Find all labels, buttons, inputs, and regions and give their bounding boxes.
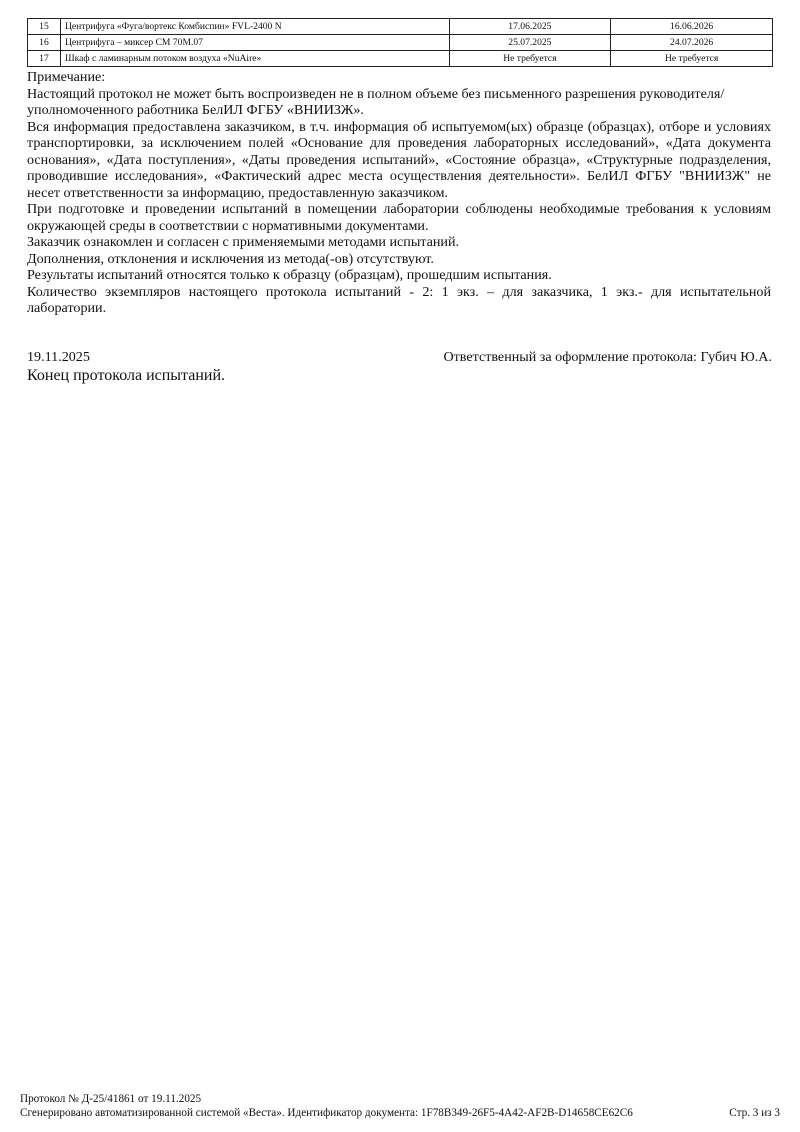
- note-paragraph: При подготовке и проведении испытаний в …: [27, 201, 771, 234]
- document-page: 15 Центрифуга «Фуга/вортекс Комбиспин» F…: [0, 0, 800, 1132]
- check-date: Не требуется: [449, 51, 611, 67]
- valid-until-date: Не требуется: [611, 51, 773, 67]
- table-row: 15 Центрифуга «Фуга/вортекс Комбиспин» F…: [28, 19, 773, 35]
- footer-protocol-number: Протокол № Д-25/41861 от 19.11.2025: [20, 1093, 201, 1105]
- table-row: 17 Шкаф с ламинарным потоком воздуха «Nu…: [28, 51, 773, 67]
- row-number: 16: [28, 35, 61, 51]
- note-paragraph: Результаты испытаний относятся только к …: [27, 267, 771, 284]
- table-row: 16 Центрифуга – миксер СМ 70М.07 25.07.2…: [28, 35, 773, 51]
- note-paragraph: Заказчик ознакомлен и согласен с применя…: [27, 234, 771, 251]
- check-date: 17.06.2025: [449, 19, 611, 35]
- notes-heading: Примечание:: [27, 69, 771, 86]
- end-of-protocol: Конец протокола испытаний.: [27, 367, 225, 385]
- signature-date: 19.11.2025: [27, 349, 90, 366]
- responsible-person: Ответственный за оформление протокола: Г…: [443, 349, 772, 366]
- note-paragraph: Вся информация предоставлена заказчиком,…: [27, 119, 771, 202]
- equipment-name: Шкаф с ламинарным потоком воздуха «NuAir…: [60, 51, 449, 67]
- row-number: 17: [28, 51, 61, 67]
- equipment-name: Центрифуга «Фуга/вортекс Комбиспин» FVL-…: [60, 19, 449, 35]
- note-paragraph: Настоящий протокол не может быть воспрои…: [27, 86, 771, 119]
- note-paragraph: Количество экземпляров настоящего проток…: [27, 284, 771, 317]
- valid-until-date: 16.06.2026: [611, 19, 773, 35]
- row-number: 15: [28, 19, 61, 35]
- footer-generated-info: Сгенерировано автоматизированной системо…: [20, 1107, 633, 1119]
- valid-until-date: 24.07.2026: [611, 35, 773, 51]
- equipment-name: Центрифуга – миксер СМ 70М.07: [60, 35, 449, 51]
- page-number: Стр. 3 из 3: [729, 1107, 780, 1119]
- note-paragraph: Дополнения, отклонения и исключения из м…: [27, 251, 771, 268]
- equipment-table: 15 Центрифуга «Фуга/вортекс Комбиспин» F…: [27, 18, 773, 67]
- notes-section: Примечание: Настоящий протокол не может …: [27, 69, 771, 317]
- check-date: 25.07.2025: [449, 35, 611, 51]
